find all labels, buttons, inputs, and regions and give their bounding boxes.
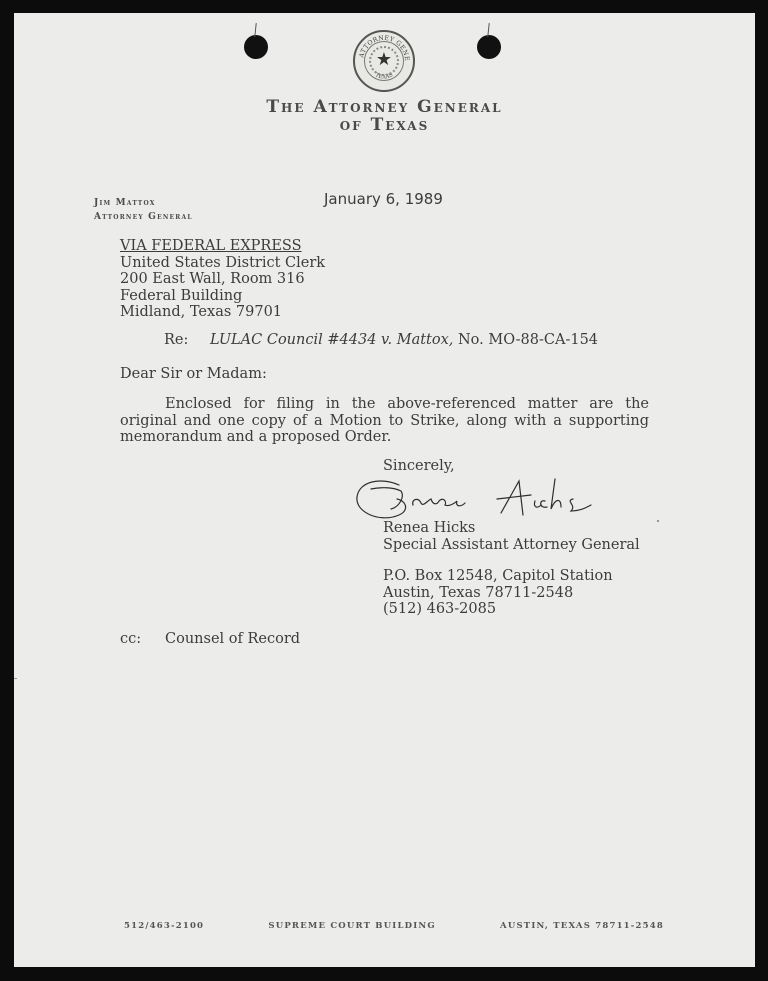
- salutation: Dear Sir or Madam:: [120, 366, 267, 383]
- signer-title: Special Assistant Attorney General: [383, 537, 640, 554]
- case-number: No. MO-88-CA-154: [453, 332, 598, 348]
- recipient-address: VIA FEDERAL EXPRESS United States Distri…: [120, 238, 325, 321]
- edge-mark: [14, 678, 17, 679]
- delivery-method: VIA FEDERAL EXPRESS: [120, 238, 325, 255]
- signer-name: Renea Hicks: [383, 520, 640, 537]
- signer-address-line: Austin, Texas 78711-2548: [383, 585, 613, 602]
- signer-address-line: (512) 463-2085: [383, 601, 613, 618]
- punch-hole-left-icon: [244, 35, 268, 59]
- letter-body: Enclosed for filing in the above-referen…: [120, 396, 649, 446]
- reference-line: Re:LULAC Council #4434 v. Mattox, No. MO…: [164, 332, 598, 349]
- signer-address-line: P.O. Box 12548, Capitol Station: [383, 568, 613, 585]
- sender-block: Jim Mattox Attorney General: [94, 196, 193, 224]
- punch-hole-right-icon: [477, 35, 501, 59]
- cc-label: cc:: [120, 631, 165, 648]
- signer-address: P.O. Box 12548, Capitol Station Austin, …: [383, 568, 613, 618]
- letter-page: THE ATTORNEY GENERAL TEXAS ★ The Attorne…: [14, 13, 755, 967]
- sender-name: Jim Mattox: [94, 196, 193, 210]
- state-seal-icon: THE ATTORNEY GENERAL TEXAS ★: [353, 30, 415, 92]
- address-line: 200 East Wall, Room 316: [120, 271, 325, 288]
- letter-date: January 6, 1989: [324, 191, 443, 208]
- cc-line: cc:Counsel of Record: [120, 631, 300, 648]
- cc-value: Counsel of Record: [165, 631, 300, 647]
- footer-building: SUPREME COURT BUILDING: [268, 921, 435, 931]
- letterhead-title: The Attorney General: [14, 97, 755, 117]
- letterhead-footer: 512/463-2100 SUPREME COURT BUILDING AUST…: [124, 921, 664, 931]
- sender-title: Attorney General: [94, 210, 193, 224]
- address-line: Federal Building: [120, 288, 325, 305]
- stray-mark: [657, 520, 659, 522]
- star-icon: ★: [355, 49, 413, 71]
- case-name: LULAC Council #4434 v. Mattox,: [210, 332, 453, 348]
- footer-phone: 512/463-2100: [124, 921, 204, 931]
- address-line: United States District Clerk: [120, 255, 325, 272]
- letterhead-subtitle: of Texas: [14, 115, 755, 135]
- signer-block: Renea Hicks Special Assistant Attorney G…: [383, 520, 640, 553]
- address-line: Midland, Texas 79701: [120, 304, 325, 321]
- reference-label: Re:: [164, 332, 210, 349]
- footer-city: AUSTIN, TEXAS 78711-2548: [500, 921, 664, 931]
